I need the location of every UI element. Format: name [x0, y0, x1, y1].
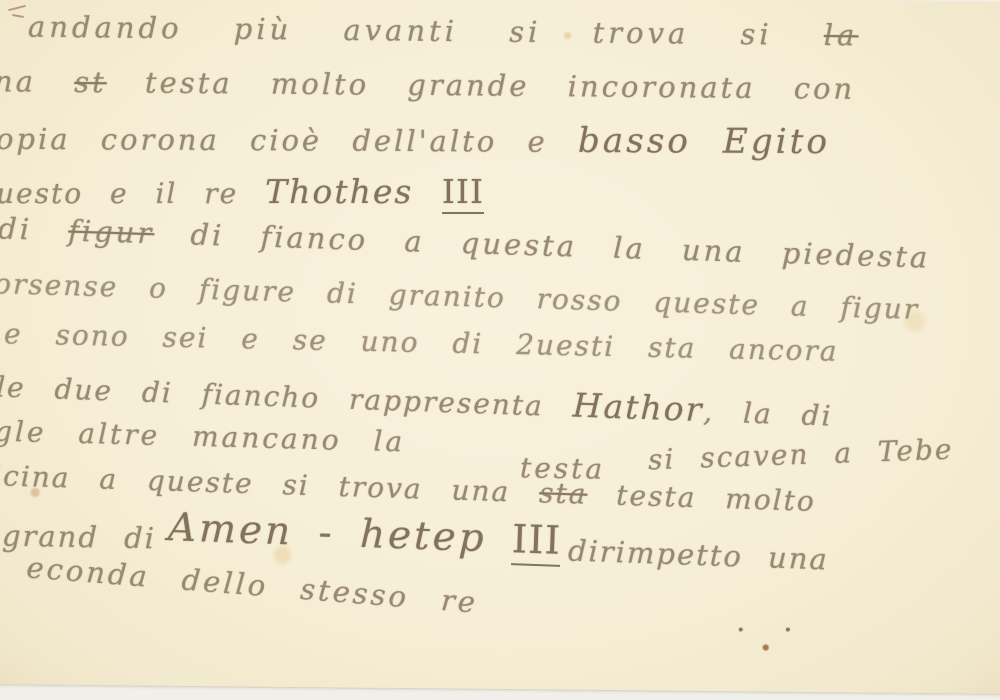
royal-name: Thothes [265, 172, 442, 211]
handwritten-line-4: uesto e il re Thothes III [0, 172, 484, 211]
roman-numeral: III [511, 517, 562, 567]
handwritten-line-11-start: grand di [2, 519, 157, 556]
struck-word: figur [68, 214, 155, 251]
handwritten-line-3: opia corona cioè dell'alto e basso Egito [0, 118, 830, 162]
scanned-note: andando più avanti si trova si la na st … [0, 0, 1000, 700]
struck-word: sta [539, 476, 588, 511]
line-text: grand di [2, 519, 157, 556]
line-text: , la di [703, 395, 833, 432]
struck-word: la [824, 18, 859, 52]
line-text: opia corona cioè dell'alto e [0, 122, 578, 159]
pencil-dots: . . [736, 604, 807, 639]
emphasized-words: basso Egito [578, 121, 830, 162]
line-text: di [0, 211, 69, 247]
deity-name: Hathor [572, 386, 704, 430]
line-text: testa molto grande incoronata con [107, 65, 856, 106]
struck-word: st [74, 65, 107, 99]
line-text: na [0, 64, 74, 99]
line-text: uesto e il re [0, 177, 265, 210]
roman-numeral: III [442, 172, 484, 214]
